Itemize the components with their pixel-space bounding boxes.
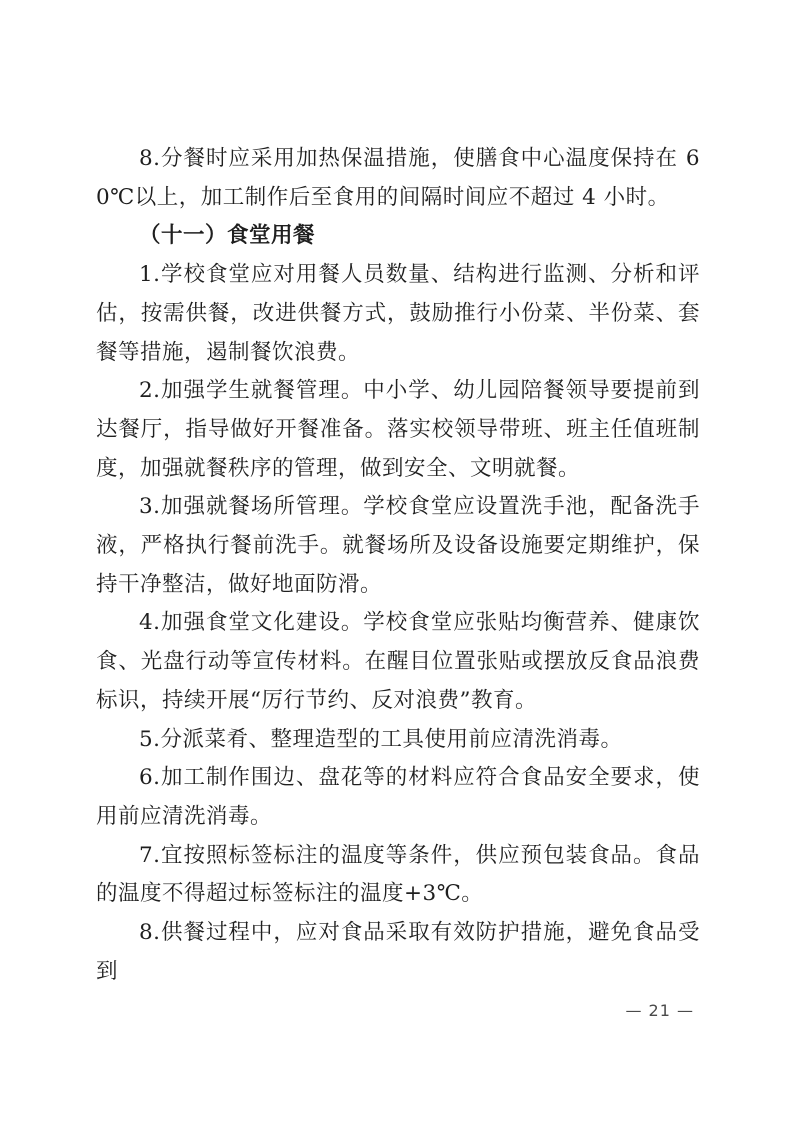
document-page: 8.分餐时应采用加热保温措施，使膳食中心温度保持在 60℃以上，加工制作后至食用…: [0, 0, 794, 1123]
page-number: — 21 —: [625, 1000, 694, 1022]
para-2-dining-management: 2.加强学生就餐管理。中小学、幼儿园陪餐领导要提前到达餐厅，指导做好开餐准备。落…: [96, 372, 700, 488]
para-4-canteen-culture: 4.加强食堂文化建设。学校食堂应张贴均衡营养、健康饮食、光盘行动等宣传材料。在醒…: [96, 604, 700, 720]
para-3-dining-area-management: 3.加强就餐场所管理。学校食堂应设置洗手池，配备洗手液，严格执行餐前洗手。就餐场…: [96, 488, 700, 604]
para-5-serving-tools: 5.分派菜肴、整理造型的工具使用前应清洗消毒。: [96, 721, 700, 760]
document-body: 8.分餐时应采用加热保温措施，使膳食中心温度保持在 60℃以上，加工制作后至食用…: [96, 140, 700, 991]
para-8-food-protection: 8.供餐过程中，应对食品采取有效防护措施，避免食品受到: [96, 914, 700, 991]
para-serving-heat-preservation: 8.分餐时应采用加热保温措施，使膳食中心温度保持在 60℃以上，加工制作后至食用…: [96, 140, 700, 217]
para-1-demand-monitoring: 1.学校食堂应对用餐人员数量、结构进行监测、分析和评估，按需供餐，改进供餐方式，…: [96, 256, 700, 372]
heading-canteen-dining: （十一）食堂用餐: [96, 217, 700, 256]
para-7-prepackaged-food: 7.宜按照标签标注的温度等条件，供应预包装食品。食品的温度不得超过标签标注的温度…: [96, 837, 700, 914]
para-6-garnish-materials: 6.加工制作围边、盘花等的材料应符合食品安全要求，使用前应清洗消毒。: [96, 759, 700, 836]
